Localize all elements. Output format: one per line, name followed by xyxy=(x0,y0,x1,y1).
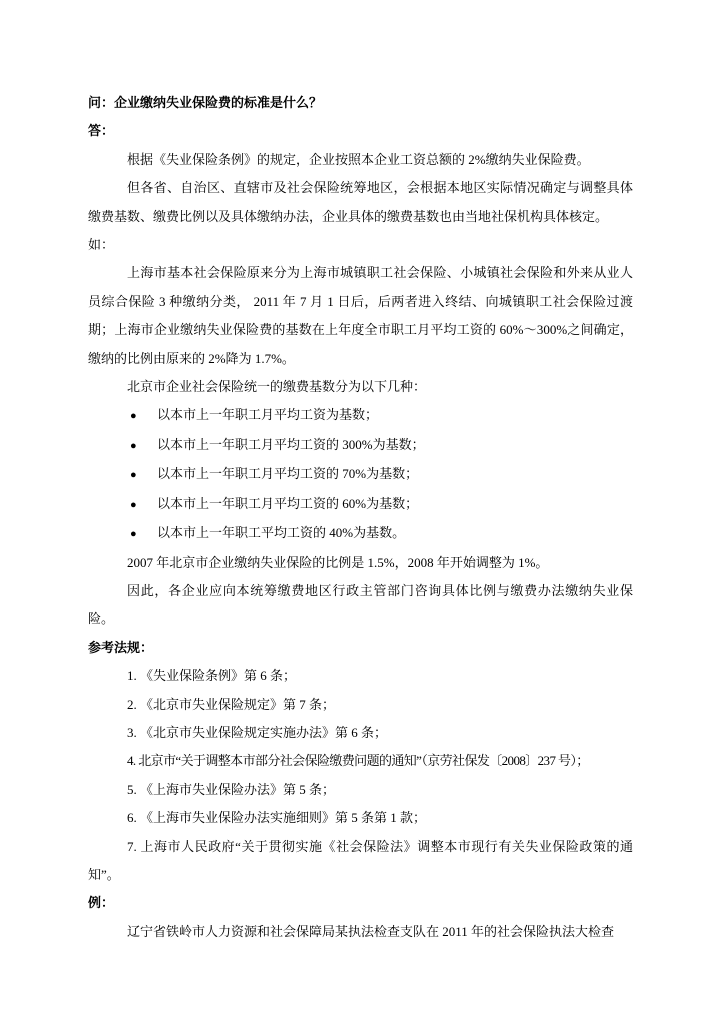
reference-item: 4. 北京市“关于调整本市部分社会保险缴费问题的通知”（京劳社保发〔2008〕2… xyxy=(88,747,633,775)
bullet-item: ●以本市上一年职工月平均工资为基数； xyxy=(88,401,633,430)
example-paragraph-clip: 辽宁省铁岭市人力资源和社会保障局某执法检查支队在 2011 年的社会保险执法大检… xyxy=(88,918,633,946)
paragraph-beijing-intro: 北京市企业社会保险统一的缴费基数分为以下几种： xyxy=(88,373,633,401)
example-intro-label: 如： xyxy=(88,231,633,259)
bullet-item-text: 以本市上一年职工平均工资的 40%为基数。 xyxy=(157,525,405,540)
bullet-item: ●以本市上一年职工月平均工资的 60%为基数； xyxy=(88,490,633,519)
reference-item: 5. 《上海市失业保险办法》第 5 条； xyxy=(88,776,633,804)
answer-label: 答： xyxy=(88,117,633,145)
bullet-icon: ● xyxy=(130,402,157,430)
bullet-icon: ● xyxy=(130,491,157,519)
question-line: 问：企业缴纳失业保险费的标准是什么？ xyxy=(88,89,633,117)
bullet-item: ●以本市上一年职工月平均工资的 300%为基数； xyxy=(88,431,633,460)
reference-item: 3. 《北京市失业保险规定实施办法》第 6 条； xyxy=(88,719,633,747)
bullet-item-text: 以本市上一年职工月平均工资的 300%为基数； xyxy=(157,437,425,452)
reference-item: 1. 《失业保险条例》第 6 条； xyxy=(88,662,633,690)
bullet-item: ●以本市上一年职工平均工资的 40%为基数。 xyxy=(88,519,633,548)
bullet-icon: ● xyxy=(130,461,157,489)
reference-item: 2. 《北京市失业保险规定》第 7 条； xyxy=(88,691,633,719)
references-heading: 参考法规： xyxy=(88,634,633,662)
reference-item: 7. 上海市人民政府“关于贯彻实施《社会保险法》调整本市现行有关失业保险政策的通… xyxy=(88,833,633,890)
example-heading: 例： xyxy=(88,889,633,917)
bullet-item-text: 以本市上一年职工月平均工资的 70%为基数； xyxy=(157,466,418,481)
answer-paragraph-basis: 根据《失业保险条例》的规定，企业按照本企业工资总额的 2%缴纳失业保险费。 xyxy=(88,146,633,174)
bullet-item-text: 以本市上一年职工月平均工资为基数； xyxy=(157,407,378,422)
bullet-icon: ● xyxy=(130,432,157,460)
question-label: 问： xyxy=(88,95,114,110)
paragraph-shanghai: 上海市基本社会保险原来分为上海市城镇职工社会保险、小城镇社会保险和外来从业人员综… xyxy=(88,259,633,373)
bullet-item-text: 以本市上一年职工月平均工资的 60%为基数； xyxy=(157,496,418,511)
answer-paragraph-regional: 但各省、自治区、直辖市及社会保险统筹地区，会根据本地区实际情况确定与调整具体缴费… xyxy=(88,174,633,231)
paragraph-beijing-rate: 2007 年北京市企业缴纳失业保险的比例是 1.5%，2008 年开始调整为 1… xyxy=(88,549,633,577)
bullet-icon: ● xyxy=(130,520,157,548)
bullet-list: ●以本市上一年职工月平均工资为基数； ●以本市上一年职工月平均工资的 300%为… xyxy=(88,401,633,548)
document-page: 问：企业缴纳失业保险费的标准是什么？ 答： 根据《失业保险条例》的规定，企业按照… xyxy=(0,0,721,1020)
reference-item: 6. 《上海市失业保险办法实施细则》第 5 条第 1 款； xyxy=(88,804,633,832)
bullet-item: ●以本市上一年职工月平均工资的 70%为基数； xyxy=(88,460,633,489)
question-text: 企业缴纳失业保险费的标准是什么？ xyxy=(114,95,322,110)
example-paragraph: 辽宁省铁岭市人力资源和社会保障局某执法检查支队在 2011 年的社会保险执法大检… xyxy=(88,918,633,946)
reference-list: 1. 《失业保险条例》第 6 条； 2. 《北京市失业保险规定》第 7 条； 3… xyxy=(88,662,633,889)
paragraph-conclusion: 因此，各企业应向本统筹缴费地区行政主管部门咨询具体比例与缴费办法缴纳失业保险。 xyxy=(88,577,633,634)
